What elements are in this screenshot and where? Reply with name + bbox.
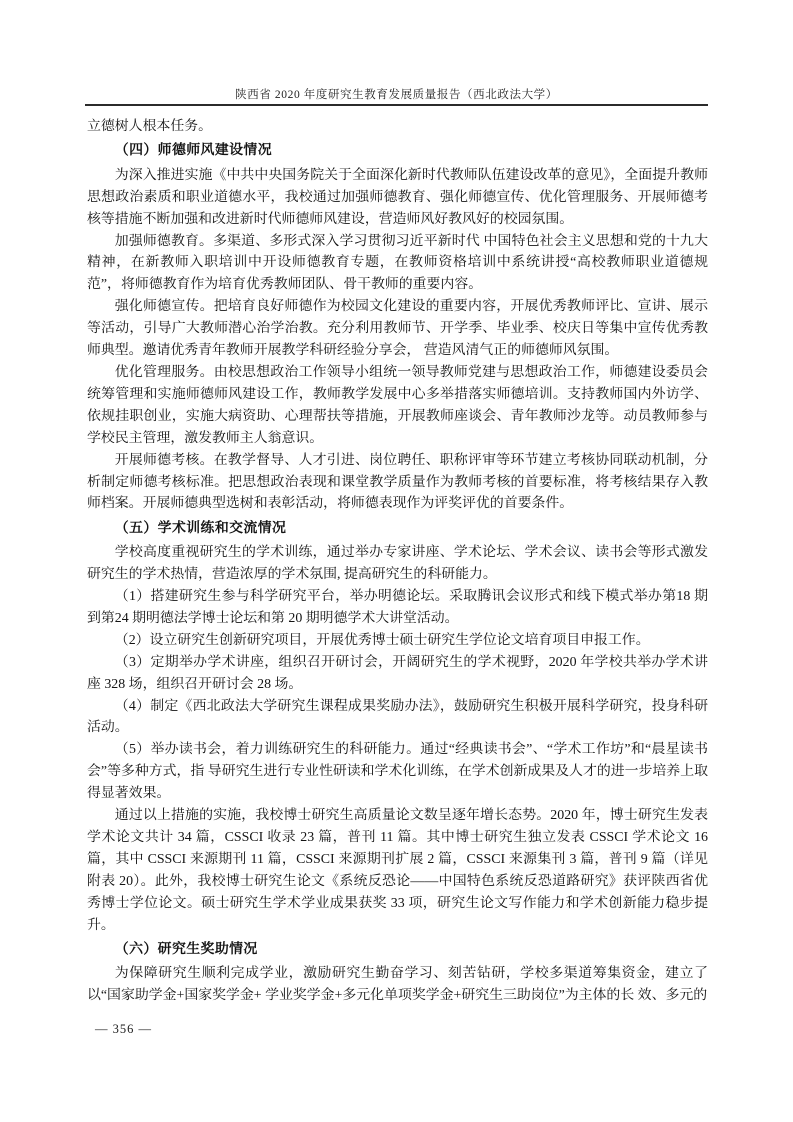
paragraph: （4）制定《西北政法大学研究生课程成果奖励办法》，鼓励研究生积极开展科学研究，投… <box>87 696 708 740</box>
section-heading-5: （五）学术训练和交流情况 <box>87 518 708 540</box>
paragraph: （5）举办读书会，着力训练研究生的科研能力。通过“经典读书会”、“学术工作坊”和… <box>87 739 708 805</box>
paragraph: 强化师德宣传。把培育良好师德作为校园文化建设的重要内容，开展优秀教师评比、宣讲、… <box>87 296 708 362</box>
section-heading-6: （六）研究生奖助情况 <box>87 939 708 961</box>
paragraph: 通过以上措施的实施，我校博士研究生高质量论文数呈逐年增长态势。2020 年，博士… <box>87 805 708 936</box>
paragraph: （1）搭建研究生参与科学研究平台，举办明德论坛。采取腾讯会议形式和线下模式举办第… <box>87 586 708 630</box>
document-page: 陕西省 2020 年度研究生教育发展质量报告（西北政法大学） 立德树人根本任务。… <box>0 0 793 1122</box>
paragraph: 为保障研究生顺利完成学业，激励研究生勤奋学习、刻苦钻研，学校多渠道筹集资金，建立… <box>87 963 708 1007</box>
document-body: 立德树人根本任务。 （四）师德师风建设情况 为深入推进实施《中共中央国务院关于全… <box>87 116 708 1007</box>
paragraph: 优化管理服务。由校思想政治工作领导小组统一领导教师党建与思想政治工作，师德建设委… <box>87 362 708 450</box>
paragraph: 为深入推进实施《中共中央国务院关于全面深化新时代教师队伍建设改革的意见》，全面提… <box>87 165 708 231</box>
paragraph: （3）定期举办学术讲座，组织召开研讨会，开阔研究生的学术视野，2020 年学校共… <box>87 652 708 696</box>
section-heading-4: （四）师德师风建设情况 <box>87 140 708 162</box>
paragraph: （2）设立研究生创新研究项目，开展优秀博士硕士研究生学位论文培育项目申报工作。 <box>87 630 708 652</box>
paragraph: 学校高度重视研究生的学术训练，通过举办专家讲座、学术论坛、学术会议、读书会等形式… <box>87 542 708 586</box>
paragraph: 加强师德教育。多渠道、多形式深入学习贯彻习近平新时代 中国特色社会主义思想和党的… <box>87 231 708 297</box>
page-number: — 356 — <box>95 1022 152 1037</box>
header-rule <box>85 104 708 106</box>
paragraph: 开展师德考核。在教学督导、人才引进、岗位聘任、职称评审等环节建立考核协同联动机制… <box>87 450 708 516</box>
paragraph-continuation: 立德树人根本任务。 <box>87 116 708 138</box>
page-header-title: 陕西省 2020 年度研究生教育发展质量报告（西北政法大学） <box>85 86 708 102</box>
